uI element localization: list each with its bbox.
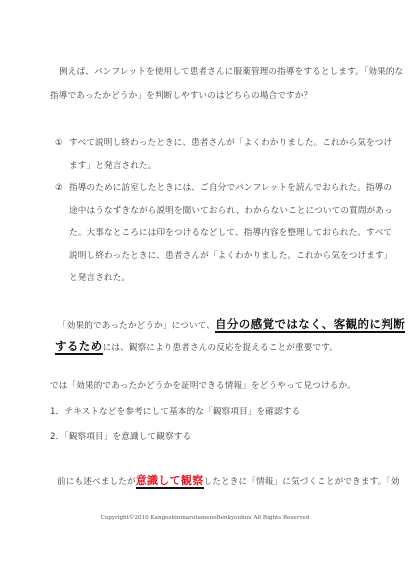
option-2-line-1: 指導のために訪室したときには、ご自分でパンフレットを読んでおられた。指導の [69,182,392,194]
question-text: では「効果的であったかどうかを証明できる情報」をどうやって見つけるか。 [50,380,356,392]
option-2-line-5: と発言された。 [69,272,130,284]
option-2-marker: ② [55,182,63,194]
key-point-line-1: 「効果的であったかどうか」について、自分の感覚ではなく、客観的に判断 [58,318,405,332]
key-point-suffix: には、観察により患者さんの反応を捉えることが重要です。 [103,343,338,353]
option-1-line-2: ます」と発言された。 [69,160,156,172]
intro-line-2: 指導であったかどうか」を判断しやすいのはどちらの場合ですか？ [50,90,312,102]
intro-line-1: 例えば、パンフレットを使用して患者さんに服薬管理の指導をするとします。「効果的な [59,66,403,78]
key-point-prefix: 「効果的であったかどうか」について、 [58,321,215,331]
option-2-line-4: 説明し終わったときに、患者さんが「よくわかりました。これから気をつけます」 [69,250,392,262]
copyright-footer: Copyright©2010 KangoshininarutamenoBenky… [0,515,410,521]
step-2: 2．「観察項目」を意識して観察する [50,431,191,443]
option-2-line-2: 途中はうなずきながら説明を聞いておられ、わからないことについての質問があっ [69,205,393,217]
document-page: 例えば、パンフレットを使用して患者さんに服薬管理の指導をするとします。「効果的な… [0,0,410,580]
option-2-line-3: た。大事なところには印をつけるなどして、指導内容を整理しておられた。すべて [69,227,392,239]
key-point-line-2: するためには、観察により患者さんの反応を捉えることが重要です。 [55,340,338,354]
closing-emphasis: 意識して観察 [136,474,204,489]
closing-prefix: 前にも述べましたが [57,477,136,487]
option-1-line-1: すべて説明し終わったときに、患者さんが「よくわかりました。これから気をつけ [69,137,392,149]
key-point-emphasis-1: 自分の感覚ではなく、客観的に判断 [215,317,405,333]
option-1-marker: ① [55,137,63,149]
closing-suffix: したときに「情報」に気づくことができます。「効 [204,477,400,487]
step-1: 1．テキストなどを参考にして基本的な「観察項目」を確認する [50,406,300,418]
closing-line: 前にも述べましたが意識して観察したときに「情報」に気づくことができます。「効 [57,475,400,488]
key-point-emphasis-2: するため [55,339,103,355]
